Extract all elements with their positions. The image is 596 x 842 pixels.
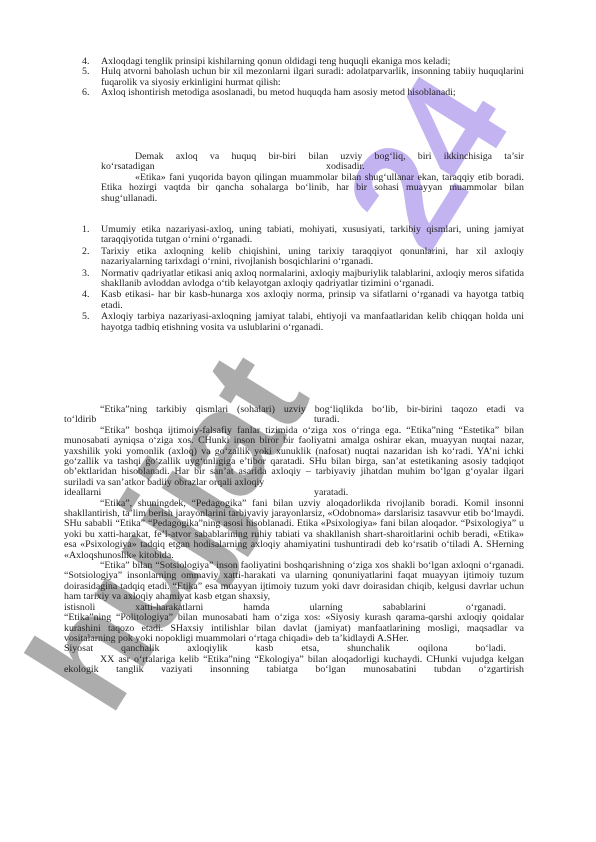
principles-list: 4.Axloqdagi tenglik prinsipi kishilarnin… bbox=[82, 57, 524, 99]
list-item: 1.Umumiy etika nazariyasi-axloq, uning t… bbox=[82, 225, 524, 246]
body-paragraph-4: “Etika” bilan “Sotsiologiya” inson faoli… bbox=[64, 561, 524, 603]
list-item: 2.Tarixiy etika axloqning kelib chiqishi… bbox=[82, 247, 524, 268]
body-paragraph-1: “Etika”ning tarkibiy qismlari (sohalari)… bbox=[64, 405, 524, 415]
body-paragraph-3: “Etika”, shuningdek, “Pedagogika” fani b… bbox=[64, 499, 524, 561]
list-item: 4.Kasb etikasi- har bir kasb-hunarga xos… bbox=[82, 290, 524, 311]
body-paragraph-2: “Etika” boshqa ijtimoiy-falsafiy fanlar … bbox=[64, 426, 524, 488]
body-section: “Etika”ning tarkibiy qismlari (sohalari)… bbox=[64, 405, 524, 676]
body-paragraph-6: XX asr o‘rtalariga kelib “Etika”ning “Ek… bbox=[64, 655, 524, 676]
intro-paragraph-2: «Etika» fani yuqorida bayon qilingan mua… bbox=[101, 173, 524, 204]
intro-paragraph-1: Demak axloq va huquq bir-biri bilan uzvi… bbox=[101, 152, 524, 162]
intro-section: Demak axloq va huquq bir-biri bilan uzvi… bbox=[101, 152, 524, 204]
list-item: 5.Axloqiy tarbiya nazariyasi-axloqning j… bbox=[82, 312, 524, 333]
ethics-branches-list: 1.Umumiy etika nazariyasi-axloq, uning t… bbox=[82, 225, 524, 333]
list-item: 5.Hulq atvorni baholash uchun bir xil me… bbox=[82, 67, 524, 88]
list-item: 6.Axloq ishontirish metodiga asoslanadi,… bbox=[82, 88, 524, 98]
list-item: 3.Normativ qadriyatlar etikasi aniq axlo… bbox=[82, 269, 524, 290]
body-paragraph-5: “Etika”ning “Politologiya” bilan munosab… bbox=[64, 613, 524, 644]
document-page: hujjat 24 4.Axloqdagi tenglik prinsipi k… bbox=[0, 0, 596, 842]
